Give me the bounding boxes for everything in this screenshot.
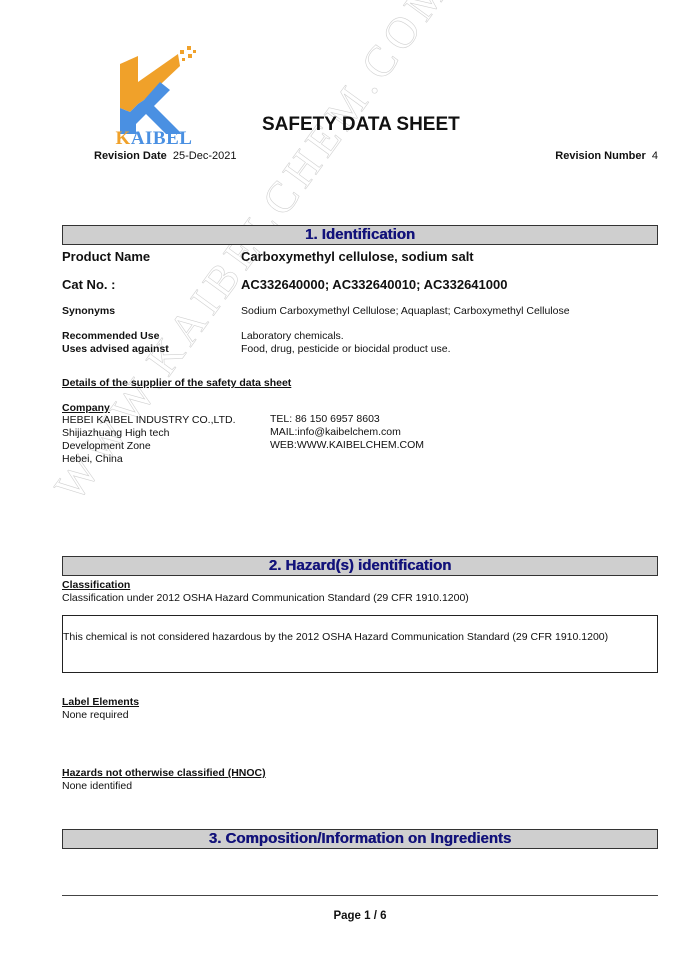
- contact-email: MAIL:info@kaibelchem.com: [270, 426, 424, 439]
- product-name-label: Product Name: [62, 249, 150, 264]
- company-line: Development Zone: [62, 440, 236, 453]
- logo-text: KAIBEL: [106, 128, 202, 150]
- cat-no-label: Cat No. :: [62, 277, 115, 292]
- hazard-statement-text: This chemical is not considered hazardou…: [63, 631, 608, 643]
- company-contact: TEL: 86 150 6957 8603 MAIL:info@kaibelch…: [270, 413, 424, 452]
- revision-number: Revision Number 4: [555, 150, 658, 162]
- label-elements-label: Label Elements: [62, 696, 139, 708]
- contact-phone: TEL: 86 150 6957 8603: [270, 413, 424, 426]
- label-elements-text: None required: [62, 709, 129, 721]
- cat-no-value: AC332640000; AC332640010; AC332641000: [241, 277, 507, 292]
- document-title: SAFETY DATA SHEET: [262, 114, 460, 136]
- company-line: HEBEI KAIBEL INDUSTRY CO.,LTD.: [62, 414, 236, 427]
- section-1-heading: 1. Identification: [62, 225, 658, 245]
- footer-divider: [62, 895, 658, 896]
- hnoc-text: None identified: [62, 780, 132, 792]
- recommended-use-label: Recommended Use: [62, 330, 159, 342]
- company-line: Shijiazhuang High tech: [62, 427, 236, 440]
- classification-label: Classification: [62, 579, 130, 591]
- section-2-heading: 2. Hazard(s) identification: [62, 556, 658, 576]
- company-line: Hebei, China: [62, 453, 236, 466]
- supplier-heading: Details of the supplier of the safety da…: [62, 377, 291, 389]
- classification-text: Classification under 2012 OSHA Hazard Co…: [62, 592, 469, 604]
- synonyms-value: Sodium Carboxymethyl Cellulose; Aquaplas…: [241, 305, 570, 317]
- page-number: Page 1 / 6: [0, 910, 700, 922]
- recommended-use-value: Laboratory chemicals.: [241, 330, 344, 342]
- section-3-heading: 3. Composition/Information on Ingredient…: [62, 829, 658, 849]
- product-name-value: Carboxymethyl cellulose, sodium salt: [241, 249, 474, 264]
- contact-website: WEB:WWW.KAIBELCHEM.COM: [270, 439, 424, 452]
- hnoc-label: Hazards not otherwise classified (HNOC): [62, 767, 266, 779]
- company-label: Company: [62, 402, 110, 414]
- uses-advised-against-value: Food, drug, pesticide or biocidal produc…: [241, 343, 451, 355]
- synonyms-label: Synonyms: [62, 305, 115, 317]
- company-address: HEBEI KAIBEL INDUSTRY CO.,LTD. Shijiazhu…: [62, 414, 236, 466]
- hazard-statement-box: This chemical is not considered hazardou…: [62, 615, 658, 673]
- uses-advised-against-label: Uses advised against: [62, 343, 169, 355]
- revision-date: Revision Date 25-Dec-2021: [94, 150, 236, 162]
